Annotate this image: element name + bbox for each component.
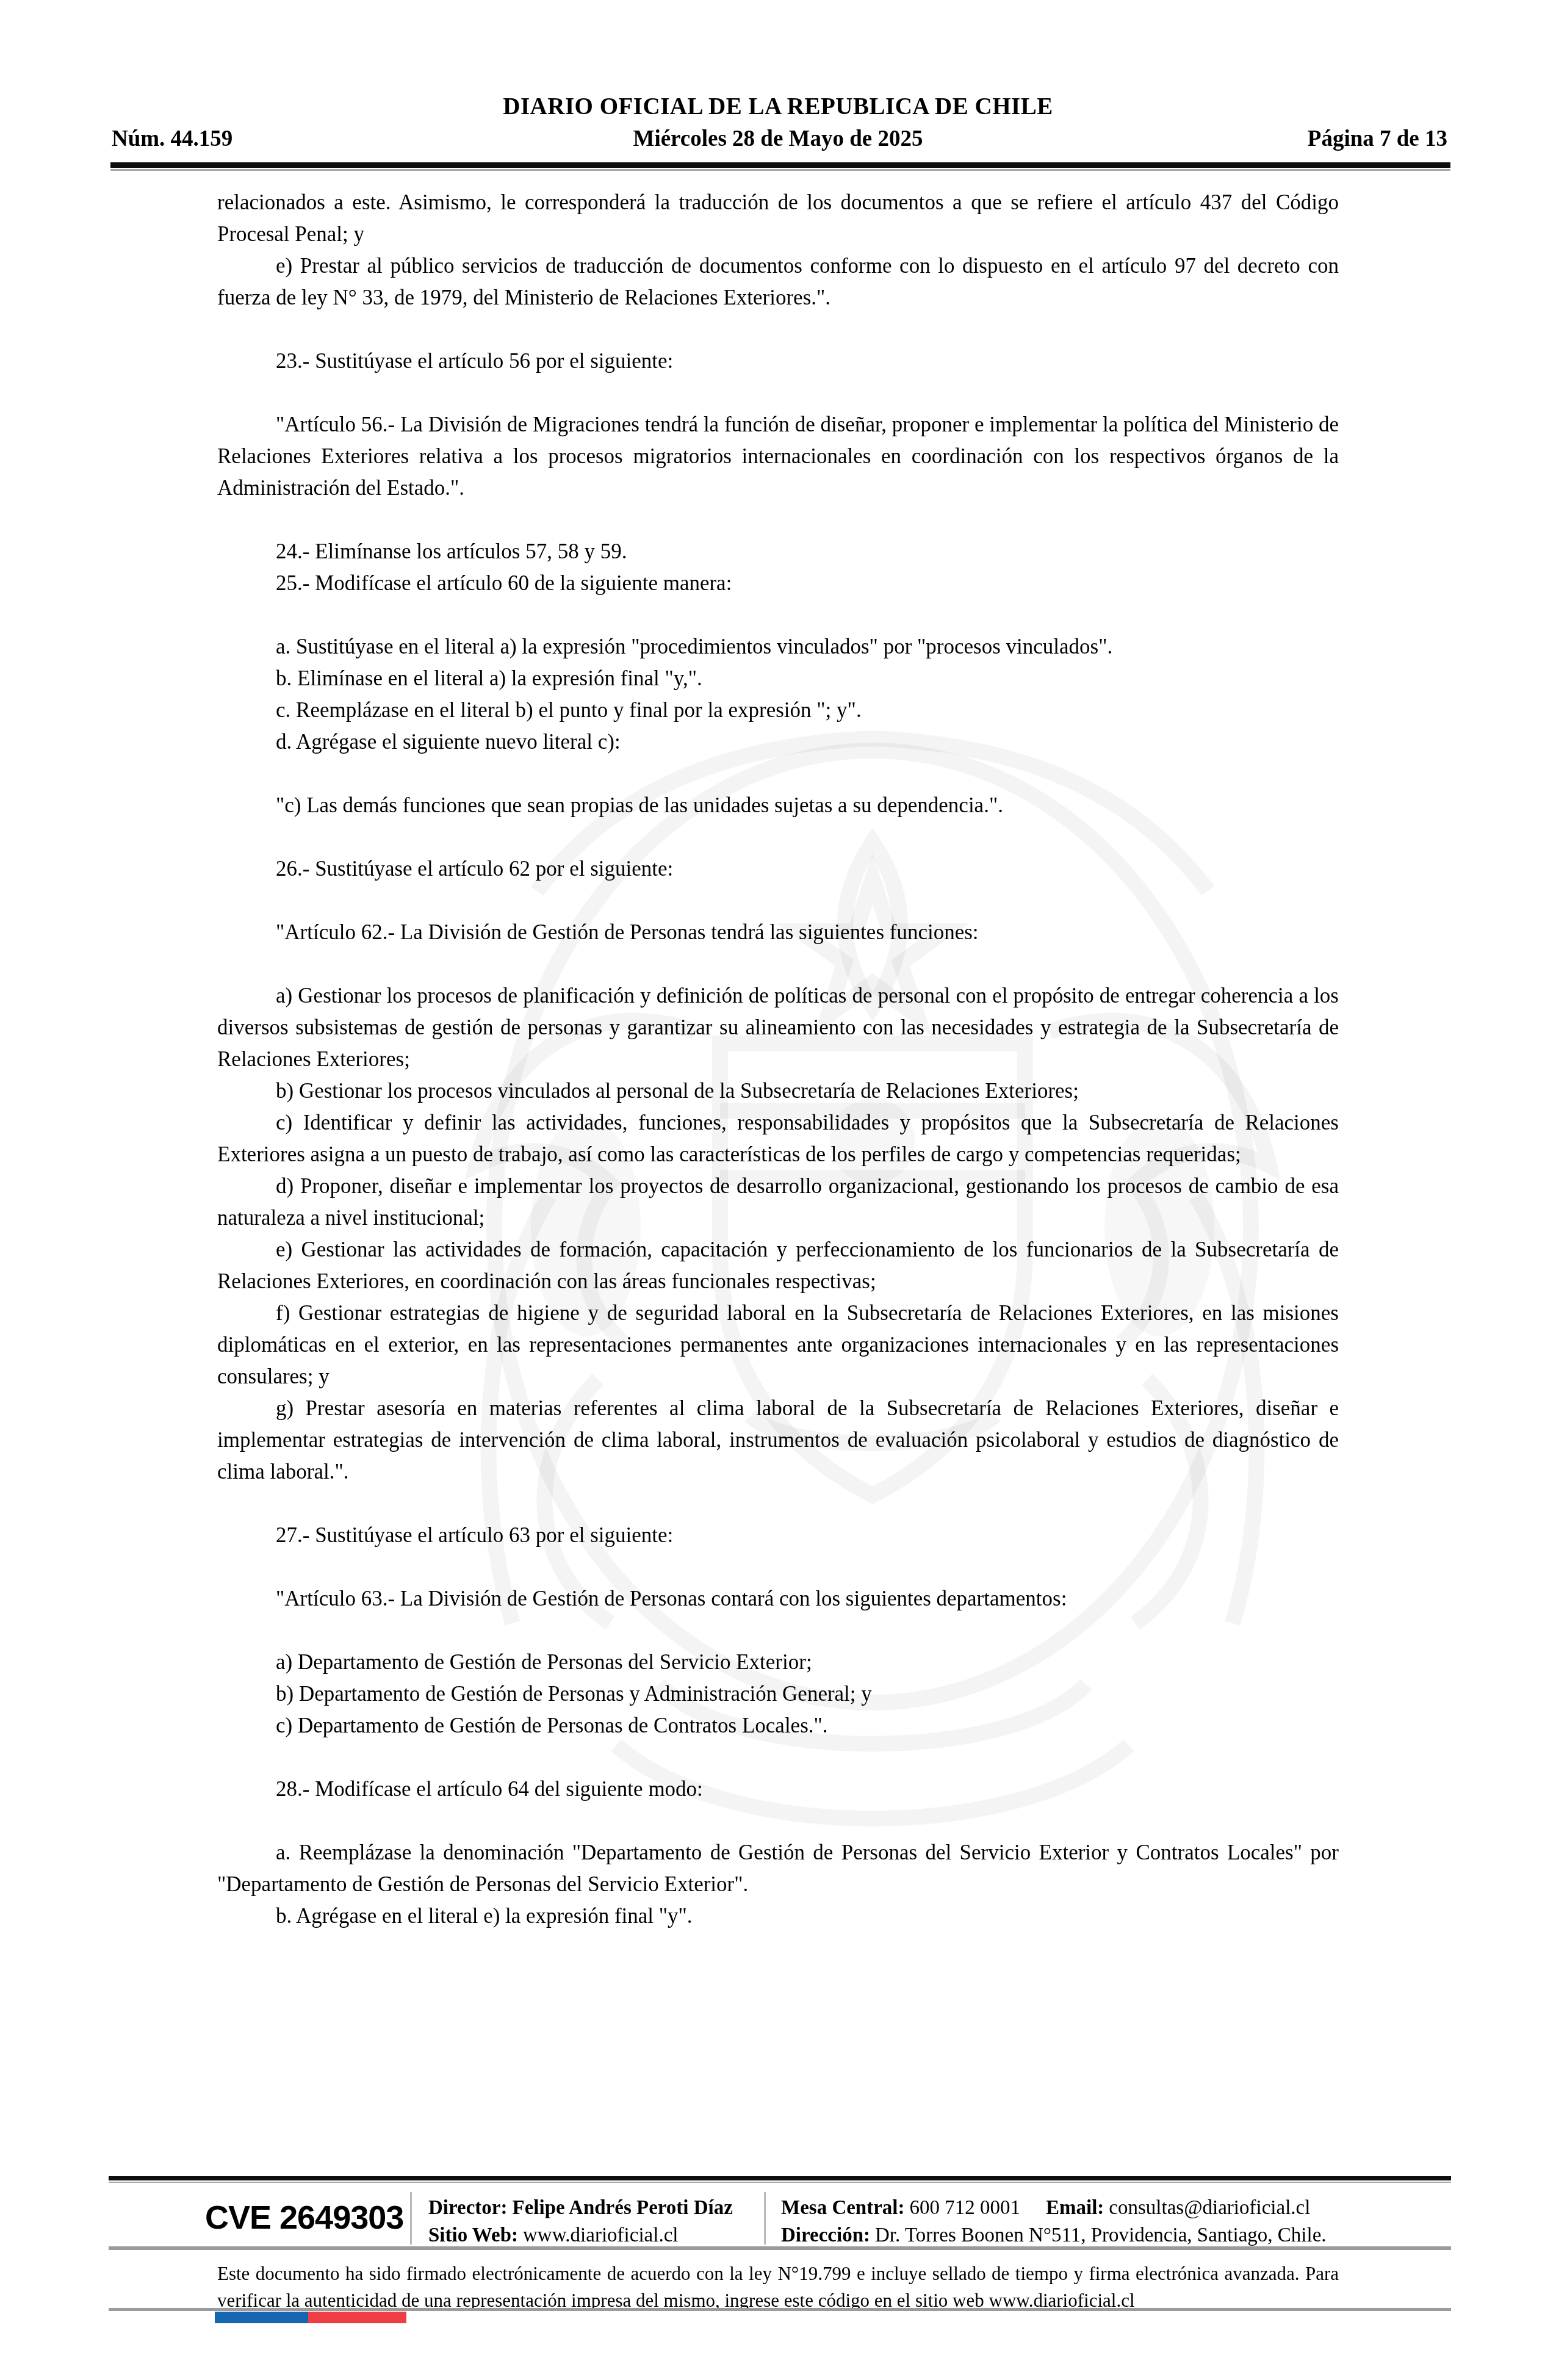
body-paragraph: 27.- Sustitúyase el artículo 63 por el s… xyxy=(217,1520,1339,1551)
body-paragraph: b) Gestionar los procesos vinculados al … xyxy=(217,1075,1339,1107)
legal-notice: Este documento ha sido firmado electróni… xyxy=(217,2260,1339,2314)
flag-red-block xyxy=(308,2312,406,2323)
body-paragraph: 25.- Modifícase el artículo 60 de la sig… xyxy=(217,568,1339,599)
address-line: Dirección:Dr. Torres Boonen N°511, Provi… xyxy=(781,2222,1327,2249)
website-label: Sitio Web: xyxy=(428,2224,518,2246)
phone-value: 600 712 0001 xyxy=(910,2197,1021,2219)
body-paragraph: a. Reemplázase la denominación "Departam… xyxy=(217,1837,1339,1900)
body-paragraph: e) Prestar al público servicios de tradu… xyxy=(217,250,1339,314)
footer-divider-right xyxy=(764,2192,766,2245)
footer-gray-rule-bottom xyxy=(109,2308,1451,2311)
body-paragraph: "c) Las demás funciones que sean propias… xyxy=(217,790,1339,821)
body-paragraph: d. Agrégase el siguiente nuevo literal c… xyxy=(217,726,1339,758)
body-paragraph: a) Gestionar los procesos de planificaci… xyxy=(217,980,1339,1075)
body-paragraph: "Artículo 56.- La División de Migracione… xyxy=(217,409,1339,504)
gazette-page: DIARIO OFICIAL DE LA REPUBLICA DE CHILE … xyxy=(0,0,1556,2380)
body-paragraph: b) Departamento de Gestión de Personas y… xyxy=(217,1678,1339,1710)
director-name: Felipe Andrés Peroti Díaz xyxy=(512,2197,732,2219)
footer-gray-rule-top xyxy=(109,2246,1451,2250)
website-line: Sitio Web:www.diarioficial.cl xyxy=(428,2222,738,2249)
email-value: consultas@diarioficial.cl xyxy=(1109,2197,1310,2219)
body-paragraph: a) Departamento de Gestión de Personas d… xyxy=(217,1646,1339,1678)
body-paragraph: 23.- Sustitúyase el artículo 56 por el s… xyxy=(217,345,1339,377)
body-paragraph: b. Elimínase en el literal a) la expresi… xyxy=(217,663,1339,694)
director-line: Director:Felipe Andrés Peroti Díaz xyxy=(428,2194,738,2222)
document-body: relacionados a este. Asimismo, le corres… xyxy=(217,187,1339,1932)
cve-code: CVE 2649303 xyxy=(205,2199,403,2237)
body-paragraph: a. Sustitúyase en el literal a) la expre… xyxy=(217,631,1339,663)
email-label: Email: xyxy=(1046,2197,1104,2219)
body-paragraph: f) Gestionar estrategias de higiene y de… xyxy=(217,1297,1339,1393)
website-value: www.diarioficial.cl xyxy=(523,2224,678,2246)
body-paragraph: c. Reemplázase en el literal b) el punto… xyxy=(217,694,1339,726)
body-paragraph: e) Gestionar las actividades de formació… xyxy=(217,1234,1339,1297)
footer-top-rule xyxy=(109,2176,1451,2180)
body-paragraph: 26.- Sustitúyase el artículo 62 por el s… xyxy=(217,853,1339,885)
body-paragraph: relacionados a este. Asimismo, le corres… xyxy=(217,187,1339,250)
phone-label: Mesa Central: xyxy=(781,2197,905,2219)
body-paragraph: b. Agrégase en el literal e) la expresió… xyxy=(217,1900,1339,1932)
flag-blue-block xyxy=(215,2312,308,2323)
body-paragraph: d) Proponer, diseñar e implementar los p… xyxy=(217,1170,1339,1234)
footer-divider-left xyxy=(410,2192,412,2245)
address-value: Dr. Torres Boonen N°511, Providencia, Sa… xyxy=(875,2224,1327,2246)
body-paragraph: g) Prestar asesoría en materias referent… xyxy=(217,1393,1339,1488)
address-label: Dirección: xyxy=(781,2224,870,2246)
header-rule xyxy=(110,162,1450,168)
footer-director-column: Director:Felipe Andrés Peroti Díaz Sitio… xyxy=(428,2194,738,2249)
page-indicator: Página 7 de 13 xyxy=(1308,126,1447,152)
body-paragraph: 28.- Modifícase el artículo 64 del sigui… xyxy=(217,1773,1339,1805)
body-paragraph: "Artículo 63.- La División de Gestión de… xyxy=(217,1583,1339,1615)
page-title: DIARIO OFICIAL DE LA REPUBLICA DE CHILE xyxy=(0,93,1556,120)
chile-flag-icon xyxy=(215,2312,406,2323)
phone-email-line: Mesa Central:600 712 0001Email:consultas… xyxy=(781,2194,1327,2222)
footer-contact-column: Mesa Central:600 712 0001Email:consultas… xyxy=(781,2194,1327,2249)
body-paragraph: c) Identificar y definir las actividades… xyxy=(217,1107,1339,1170)
body-paragraph: 24.- Elimínanse los artículos 57, 58 y 5… xyxy=(217,536,1339,568)
header-rule-shadow xyxy=(110,169,1450,171)
body-paragraph: "Artículo 62.- La División de Gestión de… xyxy=(217,917,1339,948)
footer-top-rule-shadow xyxy=(109,2182,1451,2183)
director-label: Director: xyxy=(428,2197,507,2219)
body-paragraph: c) Departamento de Gestión de Personas d… xyxy=(217,1710,1339,1742)
